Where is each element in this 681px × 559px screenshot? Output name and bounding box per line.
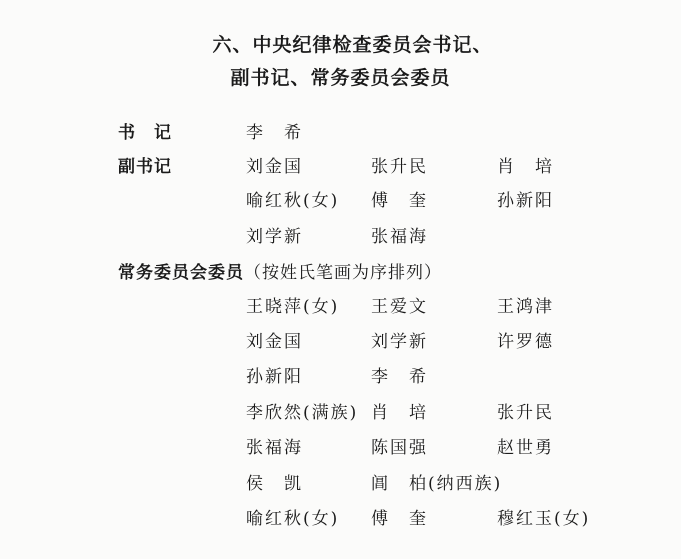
member-name: 傅 奎 <box>371 504 428 529</box>
member-name: 侯 凯 <box>246 469 303 494</box>
standing-committee-label: 常务委员会委员（按姓氏笔画为序排列） <box>118 258 442 283</box>
deputy-name: 傅 奎 <box>371 186 428 211</box>
member-name: 孙新阳 <box>246 362 303 387</box>
member-name: 王晓萍(女) <box>246 292 339 317</box>
member-name: 刘学新 <box>371 327 428 352</box>
deputy-name: 张福海 <box>371 222 428 247</box>
member-name: 许罗德 <box>497 327 554 352</box>
deputy-name: 刘金国 <box>246 152 303 177</box>
ordering-note: （按姓氏笔画为序排列） <box>244 263 442 283</box>
member-name: 肖 培 <box>371 398 428 423</box>
member-name: 王鸿津 <box>497 292 554 317</box>
member-name: 阊 柏(纳西族) <box>371 469 502 494</box>
member-name: 李欣然(满族) <box>246 398 358 423</box>
member-name: 陈国强 <box>371 433 428 458</box>
deputy-name: 喻红秋(女) <box>246 186 339 211</box>
member-name: 赵世勇 <box>497 433 554 458</box>
section-title-line-2: 副书记、常务委员会委员 <box>0 63 681 90</box>
section-title-line-1: 六、中央纪律检查委员会书记、 <box>12 30 681 57</box>
deputy-name: 孙新阳 <box>497 186 554 211</box>
secretary-name: 李 希 <box>246 118 303 143</box>
member-name: 穆红玉(女) <box>497 504 590 529</box>
member-name: 王爱文 <box>371 292 428 317</box>
member-name: 李 希 <box>371 362 428 387</box>
deputy-name: 张升民 <box>371 152 428 177</box>
member-name: 张升民 <box>497 398 554 423</box>
deputy-name: 肖 培 <box>497 152 554 177</box>
member-name: 喻红秋(女) <box>246 504 339 529</box>
secretary-label: 书 记 <box>118 118 172 143</box>
standing-committee-heading: 常务委员会委员 <box>118 263 244 283</box>
member-name: 张福海 <box>246 433 303 458</box>
member-name: 刘金国 <box>246 327 303 352</box>
deputy-name: 刘学新 <box>246 222 303 247</box>
deputy-secretary-label: 副书记 <box>118 152 172 177</box>
